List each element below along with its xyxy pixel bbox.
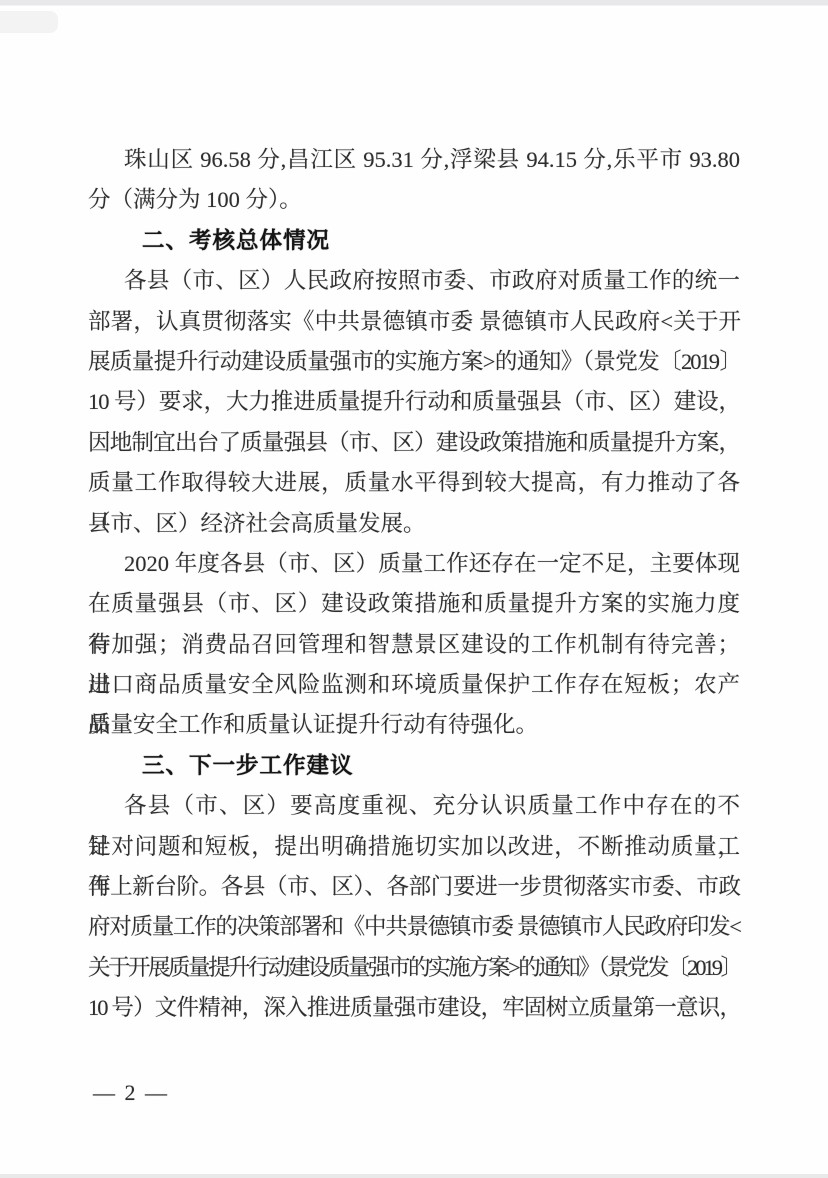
doc-line: 针对问题和短板，提出明确措施切实加以改进，不断推动质量工作 bbox=[88, 827, 740, 867]
doc-line: 质量安全工作和质量认证提升行动有待强化。 bbox=[88, 705, 740, 745]
doc-line: 质量工作取得较大进展，质量水平得到较大提高，有力推动了各县 bbox=[88, 463, 740, 503]
scan-artifact-top-left bbox=[0, 11, 58, 33]
doc-line: 在质量强县（市、区）建设政策措施和质量提升方案的实施力度有 bbox=[88, 584, 740, 624]
doc-line: 出口商品质量安全风险监测和环境质量保护工作存在短板；农产品 bbox=[88, 665, 740, 705]
section-heading-3: 三、下一步工作建议 bbox=[88, 746, 740, 786]
doc-line: 再上新台阶。各县（市、区）、各部门要进一步贯彻落实市委、市政 bbox=[88, 867, 740, 907]
doc-line: 珠山区 96.58 分,昌江区 95.31 分,浮梁县 94.15 分,乐平市 … bbox=[88, 140, 740, 180]
doc-line: 分（满分为 100 分）。 bbox=[88, 180, 740, 220]
document-body: 珠山区 96.58 分,昌江区 95.31 分,浮梁县 94.15 分,乐平市 … bbox=[88, 140, 740, 1029]
scan-edge-top bbox=[0, 0, 828, 6]
doc-line: 部署，认真贯彻落实《中共景德镇市委 景德镇市人民政府<关于开 bbox=[88, 302, 740, 342]
page-number: — 2 — bbox=[93, 1080, 169, 1106]
doc-line: 各县（市、区）要高度重视、充分认识质量工作中存在的不足， bbox=[88, 786, 740, 826]
doc-line: 待加强；消费品召回管理和智慧景区建设的工作机制有待完善；进 bbox=[88, 625, 740, 665]
doc-line: （市、区）经济社会高质量发展。 bbox=[88, 504, 740, 544]
section-heading-2: 二、考核总体情况 bbox=[88, 221, 740, 261]
doc-line: 因地制宜出台了质量强县（市、区）建设政策措施和质量提升方案， bbox=[88, 423, 740, 463]
scanned-document-page: 珠山区 96.58 分,昌江区 95.31 分,浮梁县 94.15 分,乐平市 … bbox=[0, 0, 828, 1178]
doc-line: 府对质量工作的决策部署和《中共景德镇市委 景德镇市人民政府印发< bbox=[88, 907, 740, 947]
doc-line: 展质量提升行动建设质量强市的实施方案>的通知》（景党发〔2019〕 bbox=[88, 342, 740, 382]
doc-line: 2020 年度各县（市、区）质量工作还存在一定不足，主要体现 bbox=[88, 544, 740, 584]
doc-line: 10 号）文件精神，深入推进质量强市建设，牢固树立质量第一意识， bbox=[88, 988, 740, 1028]
doc-line: 10 号）要求，大力推进质量提升行动和质量强县（市、区）建设， bbox=[88, 382, 740, 422]
scan-edge-bottom bbox=[0, 1174, 828, 1178]
doc-line: 各县（市、区）人民政府按照市委、市政府对质量工作的统一 bbox=[88, 261, 740, 301]
doc-line: 关于开展质量提升行动建设质量强市的实施方案>的通知》（景党发〔2019〕 bbox=[88, 948, 740, 988]
